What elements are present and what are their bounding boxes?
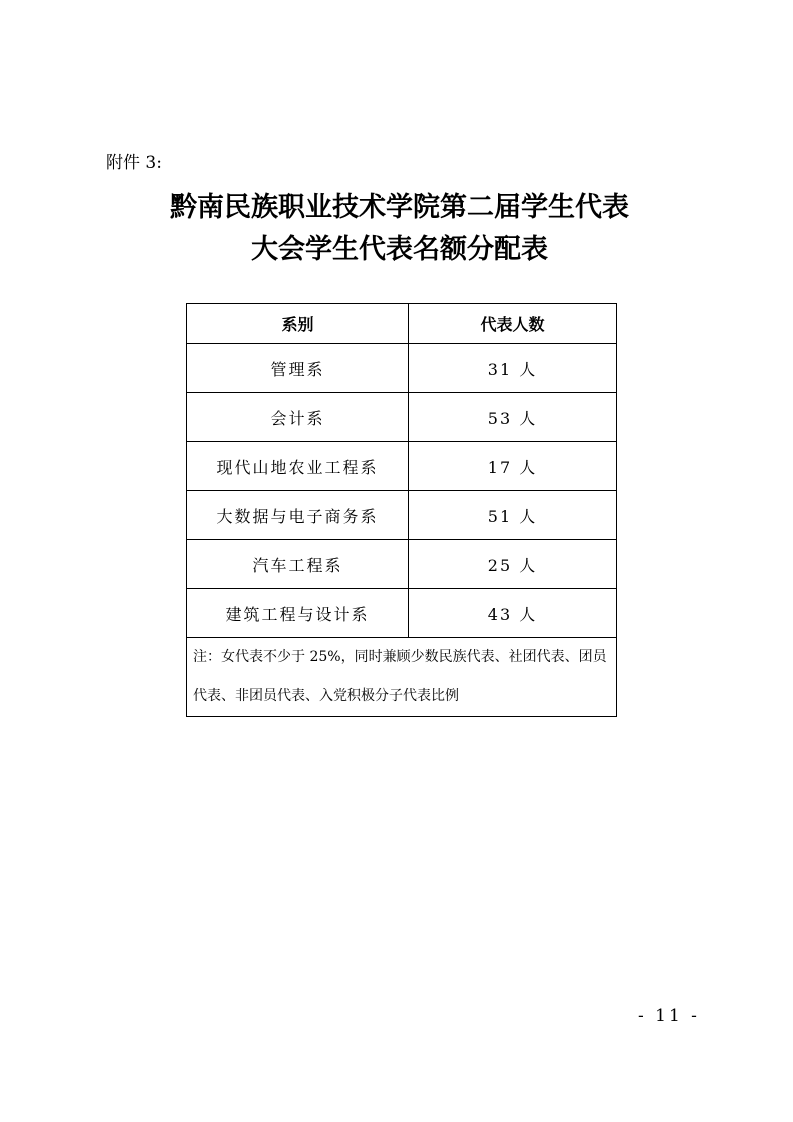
allocation-table: 系别 代表人数 管理系 31 人 会计系 53 人 现代山地农业工程系 17 人…: [186, 303, 617, 717]
count-cell: 51 人: [409, 491, 617, 540]
document-title-line-2: 大会学生代表名额分配表: [3, 227, 793, 266]
table-header-row: 系别 代表人数: [187, 304, 617, 344]
header-department: 系别: [187, 304, 409, 344]
department-cell: 大数据与电子商务系: [187, 491, 409, 540]
header-count: 代表人数: [409, 304, 617, 344]
page-number: - 11 -: [638, 1006, 700, 1026]
table-row: 建筑工程与设计系 43 人: [187, 589, 617, 638]
department-cell: 现代山地农业工程系: [187, 442, 409, 491]
count-cell: 53 人: [409, 393, 617, 442]
table-row: 大数据与电子商务系 51 人: [187, 491, 617, 540]
department-cell: 汽车工程系: [187, 540, 409, 589]
count-cell: 31 人: [409, 344, 617, 393]
note-row: 注：女代表不少于 25%，同时兼顾少数民族代表、社团代表、团员代表、非团员代表、…: [187, 638, 617, 717]
count-cell: 43 人: [409, 589, 617, 638]
department-cell: 管理系: [187, 344, 409, 393]
department-cell: 建筑工程与设计系: [187, 589, 409, 638]
document-title-line-1: 黔南民族职业技术学院第二届学生代表: [3, 185, 793, 224]
table-row: 会计系 53 人: [187, 393, 617, 442]
table-row: 管理系 31 人: [187, 344, 617, 393]
table-row: 汽车工程系 25 人: [187, 540, 617, 589]
attachment-label: 附件 3:: [106, 148, 162, 173]
table-note: 注：女代表不少于 25%，同时兼顾少数民族代表、社团代表、团员代表、非团员代表、…: [187, 638, 617, 717]
count-cell: 17 人: [409, 442, 617, 491]
count-cell: 25 人: [409, 540, 617, 589]
table-row: 现代山地农业工程系 17 人: [187, 442, 617, 491]
department-cell: 会计系: [187, 393, 409, 442]
